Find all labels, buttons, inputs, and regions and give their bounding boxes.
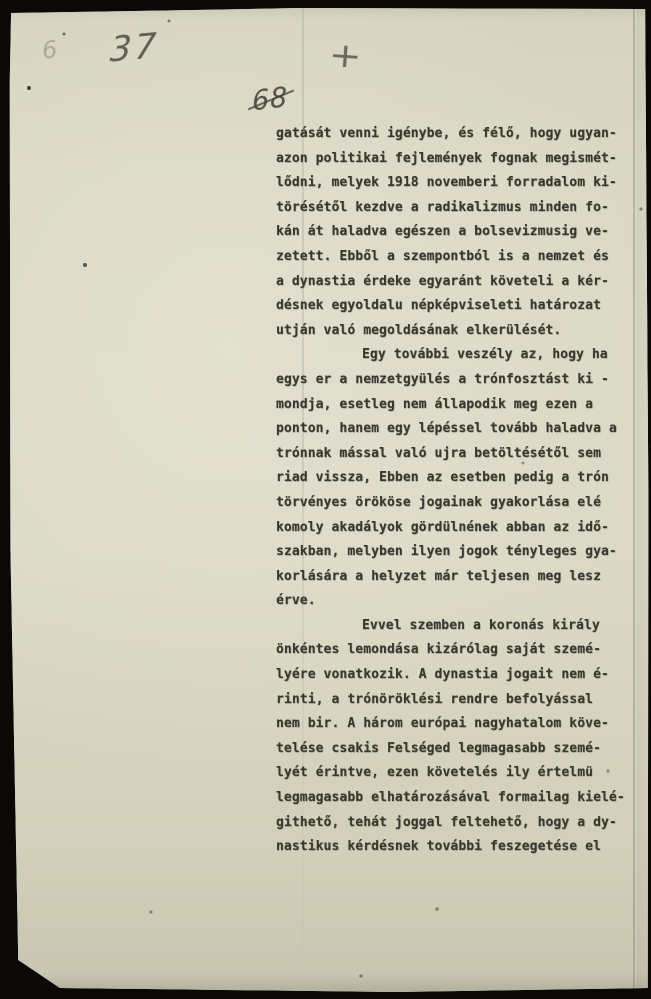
- text-line: kán át haladva egészen a bolsevizmusig v…: [276, 220, 628, 245]
- paper-specks: [0, 0, 2, 2]
- text-line: önkéntes lemondása kizárólag saját szemé…: [276, 638, 628, 663]
- text-line: telése csakis Felséged legmagasabb szemé…: [276, 737, 628, 762]
- text-line: nem bir. A három európai nagyhatalom köv…: [276, 712, 628, 737]
- text-line: lyét érintve, ezen követelés ily értelmü: [276, 761, 628, 786]
- scanned-document: 6 37 68 + gatását venni igénybe, és félő…: [0, 0, 651, 999]
- text-line: zetett. Ebből a szempontból is a nemzet …: [276, 245, 628, 270]
- text-line: a dynastia érdeke egyaránt követeli a ké…: [276, 270, 628, 295]
- text-line: utján való megoldásának elkerülését.: [276, 319, 628, 344]
- text-line: ponton, hanem egy lépéssel tovább haladv…: [276, 417, 628, 442]
- text-line: githető, tehát joggal feltehető, hogy a …: [276, 811, 628, 836]
- pencil-crossed-number: 68: [252, 82, 289, 118]
- text-line: riad vissza, Ebben az esetben pedig a tr…: [276, 466, 628, 491]
- pencil-plus-mark: +: [328, 35, 363, 77]
- text-line: törvényes örököse jogainak gyakorlása el…: [276, 491, 628, 516]
- text-line: legmagasabb elhatározásával formailag ki…: [276, 786, 628, 811]
- text-line: lődni, melyek 1918 novemberi forradalom …: [276, 171, 628, 196]
- text-line: komoly akadályok gördülnének abban az id…: [276, 516, 628, 541]
- text-line: mondja, esetleg nem állapodik meg ezen a: [276, 393, 628, 418]
- text-line: gatását venni igénybe, és félő, hogy ugy…: [276, 122, 628, 147]
- text-line: lyére vonatkozik. A dynastia jogait nem …: [276, 663, 628, 688]
- text-line: szakban, melyben ilyen jogok tényleges g…: [276, 540, 628, 565]
- paper-right-shading: [635, 0, 651, 999]
- paper-bottom-shading: [0, 973, 651, 999]
- text-line: érve.: [276, 589, 628, 614]
- text-line: nastikus kérdésnek további feszegetése e…: [276, 835, 628, 860]
- text-line: egys er a nemzetgyülés a trónfosztást ki…: [276, 368, 628, 393]
- text-line: törésétől kezdve a radikalizmus minden f…: [276, 196, 628, 221]
- text-line: Egy további veszély az, hogy ha: [276, 343, 628, 368]
- text-line: trónnak mással való ujra betöltésétől se…: [276, 442, 628, 467]
- paper-top-shading: [0, 0, 651, 20]
- text-line: Evvel szemben a koronás király: [276, 614, 628, 639]
- text-line: désnek egyoldalu népképviseleti határoza…: [276, 294, 628, 319]
- text-line: korlására a helyzet már teljesen meg les…: [276, 565, 628, 590]
- pencil-corner-number: 6: [41, 35, 59, 64]
- pencil-page-number: 37: [109, 26, 160, 71]
- text-line: azon politikai fejlemények fognak megism…: [276, 147, 628, 172]
- text-line: rinti, a trónöröklési rendre befolyással: [276, 688, 628, 713]
- typed-text-body: gatását venni igénybe, és félő, hogy ugy…: [276, 122, 628, 860]
- paper-page: 6 37 68 + gatását venni igénybe, és félő…: [0, 0, 651, 999]
